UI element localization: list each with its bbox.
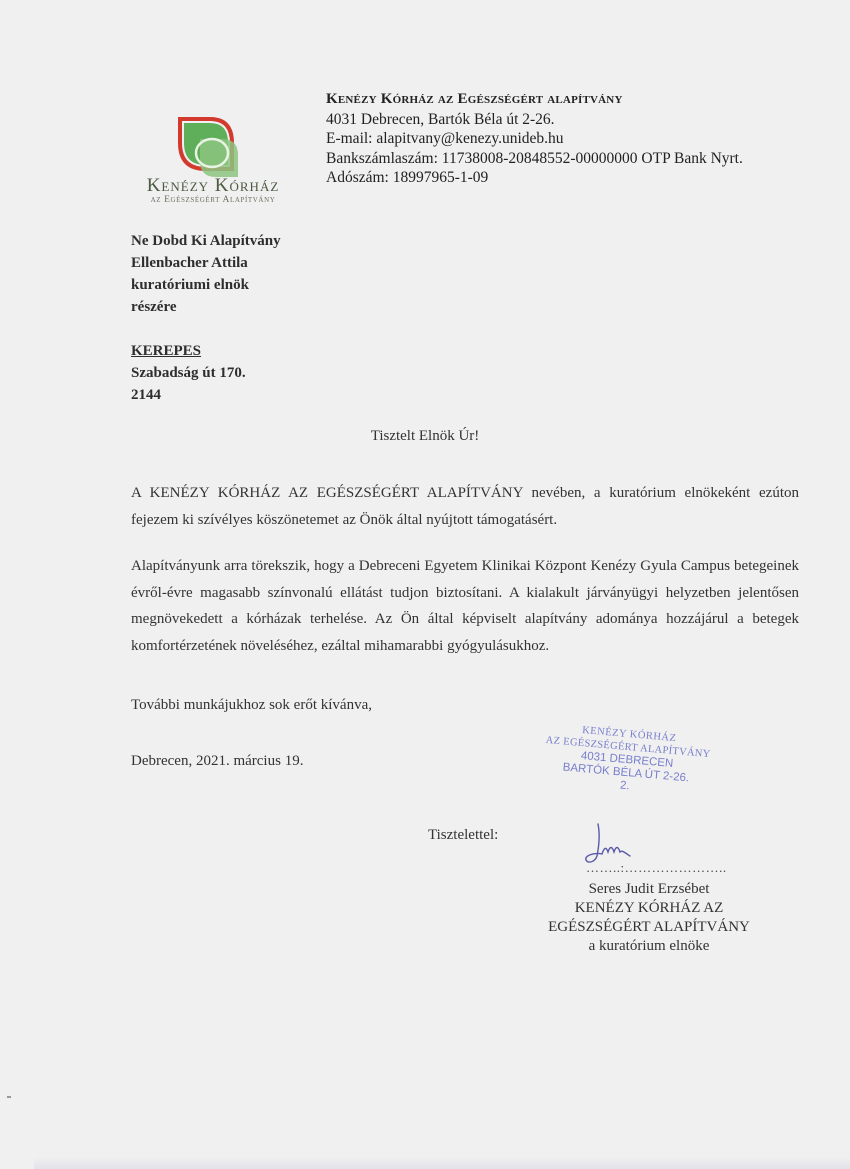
recipient-org: Ne Dobd Ki Alapítvány bbox=[131, 230, 281, 252]
signer-org-1: KENÉZY KÓRHÁZ AZ bbox=[520, 899, 778, 918]
recipient-name: Ellenbacher Attila bbox=[131, 252, 281, 274]
signer-title: a kuratórium elnöke bbox=[520, 937, 778, 956]
closing-line: További munkájukhoz sok erőt kívánva, bbox=[131, 697, 372, 714]
scan-edge bbox=[34, 1157, 850, 1169]
signature-line: ……..:………………….. bbox=[586, 860, 727, 876]
body-paragraph-1: A KENÉZY KÓRHÁZ AZ EGÉSZSÉGÉRT ALAPÍTVÁN… bbox=[131, 480, 799, 533]
letterhead-tax: Adószám: 18997965-1-09 bbox=[326, 168, 743, 188]
official-stamp: KENÉZY KÓRHÁZ AZ EGÉSZSÉGÉRT ALAPÍTVÁNY … bbox=[530, 720, 725, 801]
recipient-zip: 2144 bbox=[131, 384, 281, 406]
logo-subtitle: az Egészségért Alapítvány bbox=[118, 195, 308, 205]
signer-org-2: EGÉSZSÉGÉRT ALAPÍTVÁNY bbox=[520, 918, 778, 937]
logo-name: Kenézy Kórház bbox=[118, 175, 308, 197]
foundation-logo: Kenézy Kórház az Egészségért Alapítvány bbox=[118, 103, 308, 213]
regards-line: Tisztelettel: bbox=[428, 827, 498, 844]
recipient-title: kuratóriumi elnök bbox=[131, 274, 281, 296]
body-paragraph-2: Alapítványunk arra törekszik, hogy a Deb… bbox=[131, 553, 799, 659]
recipient-block: Ne Dobd Ki Alapítvány Ellenbacher Attila… bbox=[131, 230, 281, 406]
signer-block: Seres Judit Erzsébet KENÉZY KÓRHÁZ AZ EG… bbox=[520, 880, 778, 956]
scan-speck bbox=[7, 1096, 11, 1098]
signer-name: Seres Judit Erzsébet bbox=[520, 880, 778, 899]
letterhead-address: 4031 Debrecen, Bartók Béla út 2-26. bbox=[326, 110, 743, 130]
letter-date: Debrecen, 2021. március 19. bbox=[131, 753, 303, 770]
recipient-city: KEREPES bbox=[131, 340, 281, 362]
letterhead-email: E-mail: alapitvany@kenezy.unideb.hu bbox=[326, 129, 743, 149]
letterhead-org: Kenézy Kórház az Egészségért alapítvány bbox=[326, 90, 743, 110]
recipient-for: részére bbox=[131, 296, 281, 318]
letterhead: Kenézy Kórház az Egészségért alapítvány … bbox=[326, 90, 743, 188]
recipient-street: Szabadság út 170. bbox=[131, 362, 281, 384]
salutation: Tisztelt Elnök Úr! bbox=[0, 428, 850, 445]
letterhead-bank: Bankszámlaszám: 11738008-20848552-000000… bbox=[326, 149, 743, 169]
leaf-logo-icon bbox=[170, 109, 242, 179]
